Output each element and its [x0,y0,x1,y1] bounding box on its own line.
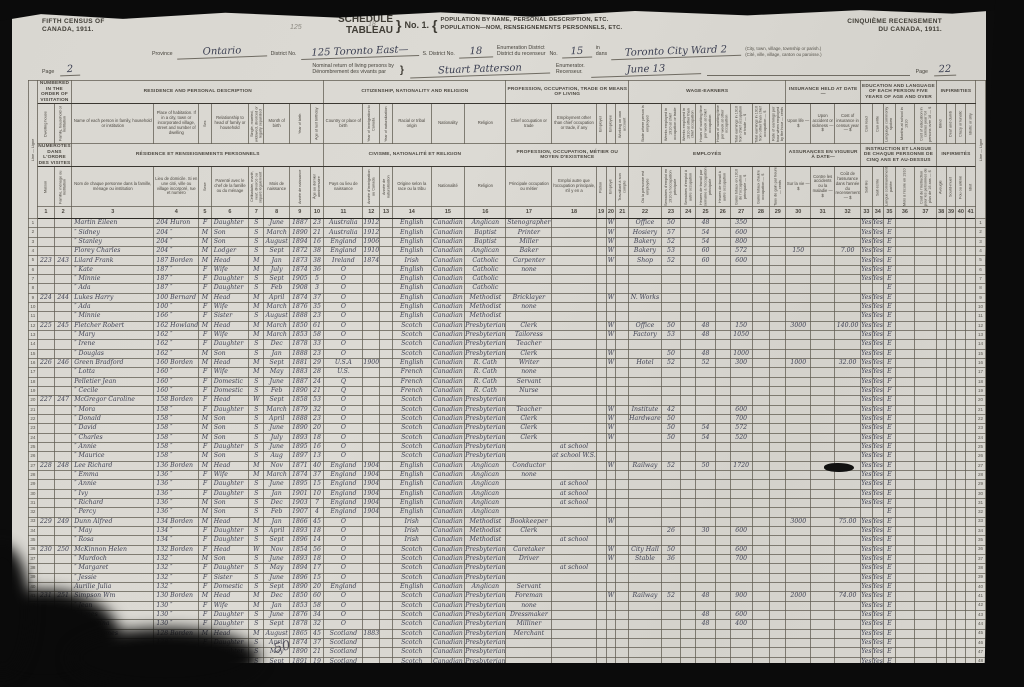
record-cell [616,592,629,601]
column-desc-en: Cost of education in census year for per… [915,104,937,144]
record-cell [811,293,835,302]
record-cell [770,610,786,619]
record-cell: O [324,303,363,312]
record-cell [380,219,393,228]
record-cell: 1720 [730,461,752,470]
line-number: 6 [976,265,986,274]
record-cell: 23 [310,349,324,358]
line-number: 34 [976,526,986,535]
record-cell [956,424,966,433]
record-cell: O [324,312,363,321]
record-cell: 1866 [290,517,311,526]
table-row: 11″ Minnie166 ″FSisterSAugust188823OEngl… [29,312,986,321]
record-cell: 187 ″ [154,284,199,293]
column-desc-fr: Principale occupation ou métier [506,167,552,207]
record-cell [54,554,71,563]
record-cell: Feb [264,508,290,517]
record-cell: Daughter [211,443,249,452]
record-cell [936,582,946,591]
line-number: 1 [976,219,986,228]
record-cell [786,340,811,349]
record-cell [966,526,976,535]
record-cell [786,387,811,396]
record-cell [936,517,946,526]
record-cell: Daughter [211,564,249,573]
column-desc-fr: Nom de chaque personne dans la famille, … [72,167,154,207]
record-cell [770,638,786,647]
record-cell [730,396,752,405]
record-cell: Sister [211,573,249,582]
record-cell [380,545,393,554]
record-cell: Yes [872,554,883,563]
record-cell [54,480,71,489]
record-cell [629,573,662,582]
record-cell [696,498,715,507]
record-cell: 600 [730,405,752,414]
record-cell: Driver [506,554,552,563]
record-cell [956,247,966,256]
record-cell: March [264,321,290,330]
record-cell [946,396,956,405]
record-cell: 1912 [363,219,380,228]
record-cell [681,415,696,424]
record-cell [770,247,786,256]
record-cell [596,228,606,237]
column-number: 33 [861,207,872,219]
record-cell: Yes [872,312,883,321]
record-cell: E [883,359,895,368]
record-cell: O [324,517,363,526]
record-cell: 52 [661,359,680,368]
record-cell: Scotch [392,396,431,405]
record-cell: Canadian [431,601,465,610]
table-row: 39″ Jessie132 ″FSisterSJune189615OScotch… [29,573,986,582]
record-cell [681,405,696,414]
record-cell [596,331,606,340]
record-cell [936,433,946,442]
record-cell: Yes [861,452,872,461]
record-cell: 21 [310,228,324,237]
line-number: 21 [976,405,986,414]
record-cell: English [392,265,431,274]
record-cell: 1893 [290,554,311,563]
census-title-left-line2: CANADA, 1911. [42,26,105,34]
record-cell [54,498,71,507]
table-row: 33229249Dunn Alfred134 BordenMHeadMJan18… [29,517,986,526]
column-number: 37 [915,207,937,219]
record-cell [616,312,629,321]
record-cell [936,359,946,368]
group-header-fr: INSTRUCTION ET LANGUE DE CHAQUE PERSONNE… [861,144,937,167]
record-cell: Q [324,387,363,396]
record-cell [895,443,914,452]
record-cell [811,265,835,274]
record-cell: 1874 [290,265,311,274]
table-row: 23″ David158 ″MSonSJune189020OScotchCana… [29,424,986,433]
record-cell: 1873 [290,256,311,265]
record-cell: 1878 [290,620,311,629]
column-desc-fr: Mois à l'école en 1910 [895,167,914,207]
record-cell [715,489,730,498]
record-cell [770,582,786,591]
record-cell [552,415,596,424]
record-cell [936,415,946,424]
record-cell [936,387,946,396]
record-cell [895,331,914,340]
record-cell [786,396,811,405]
record-cell: Canadian [431,349,465,358]
record-cell [661,480,680,489]
record-cell [895,312,914,321]
record-cell: Yes [861,275,872,284]
record-cell [752,545,770,554]
record-cell [786,303,811,312]
record-cell [730,368,752,377]
record-cell [380,415,393,424]
record-cell [616,303,629,312]
record-cell: 1893 [290,433,311,442]
line-number: 6 [29,265,38,274]
record-cell: Canadian [431,433,465,442]
record-cell: 1910 [363,247,380,256]
record-cell [363,284,380,293]
record-cell: O [324,526,363,535]
record-cell [363,349,380,358]
record-cell [786,424,811,433]
record-cell: M [199,517,211,526]
record-cell [696,582,715,591]
table-row: 2″ Sidney204 ″MSonSMarch189021Australia1… [29,228,986,237]
record-cell [596,424,606,433]
record-cell: E [883,517,895,526]
record-cell [966,648,976,657]
record-cell: W [606,424,616,433]
record-cell [872,508,883,517]
record-cell: Institute [629,405,662,414]
record-cell: 1000 [730,349,752,358]
record-cell: E [883,265,895,274]
ink-blot [824,463,854,472]
record-cell: 800 [730,237,752,246]
line-number: 11 [29,312,38,321]
table-row: 3″ Stanley204 ″MSonSAugust189416England1… [29,237,986,246]
record-cell [681,601,696,610]
record-cell: Railway [629,461,662,470]
line-number: 32 [29,508,38,517]
record-cell [380,275,393,284]
record-cell: Canadian [431,629,465,638]
record-cell: 23 [310,312,324,321]
line-number: 26 [29,452,38,461]
record-cell: Yes [861,564,872,573]
record-cell: Shop [629,256,662,265]
record-cell: Canadian [431,237,465,246]
record-cell: Conductor [506,461,552,470]
record-cell [834,424,860,433]
record-cell: Yes [861,517,872,526]
record-cell: O [324,545,363,554]
record-cell [956,638,966,647]
record-cell [629,582,662,591]
record-cell [715,582,730,591]
record-cell: Methodist [465,312,506,321]
record-cell [834,545,860,554]
record-cell [895,256,914,265]
record-cell [681,284,696,293]
record-cell [946,349,956,358]
record-cell: E [883,554,895,563]
record-cell: M [199,349,211,358]
table-row: 9224244Lukes Harry100 BernardMHeadMApril… [29,293,986,302]
record-cell [956,461,966,470]
scan-smudge [70,628,260,687]
record-cell [552,284,596,293]
record-cell [552,312,596,321]
record-cell: Yes [872,610,883,619]
record-cell [895,377,914,386]
column-desc-fr: Nationalité [431,167,465,207]
record-cell [54,228,71,237]
record-cell: 21 [310,648,324,657]
record-cell [715,340,730,349]
record-cell [715,592,730,601]
record-cell [915,620,937,629]
record-cell: 3000 [786,517,811,526]
record-cell [606,470,616,479]
record-cell [552,377,596,386]
record-cell [596,237,606,246]
record-cell [629,489,662,498]
record-cell: Methodist [465,517,506,526]
record-cell [730,564,752,573]
record-cell [786,601,811,610]
record-cell: 74.00 [834,592,860,601]
record-cell: Printer [506,228,552,237]
record-cell [616,247,629,256]
record-cell: Q [324,377,363,386]
record-cell: S [249,443,264,452]
brace-glyph: } [396,17,401,33]
record-cell [915,396,937,405]
record-cell [770,368,786,377]
record-cell: 50 [661,349,680,358]
record-cell: Yes [872,293,883,302]
record-cell: 1890 [290,424,311,433]
record-cell [596,443,606,452]
line-number: 31 [29,498,38,507]
record-cell: Yes [872,564,883,573]
record-cell: Anglican [465,508,506,517]
record-cell: Yes [861,582,872,591]
record-cell [966,349,976,358]
record-cell [834,331,860,340]
column-desc-fr: Aveugle [936,167,946,207]
record-cell [715,405,730,414]
record-cell [936,498,946,507]
record-cell: 150 [730,321,752,330]
record-cell: English [392,489,431,498]
record-cell [752,648,770,657]
record-cell [552,517,596,526]
record-cell [834,293,860,302]
record-cell: 187 ″ [154,275,199,284]
record-cell [696,517,715,526]
record-cell [956,387,966,396]
record-cell [956,470,966,479]
record-cell [770,359,786,368]
record-cell [37,349,54,358]
record-cell: 36 [661,554,680,563]
record-cell [834,340,860,349]
record-cell: Yes [861,359,872,368]
record-cell [661,648,680,657]
record-cell [770,564,786,573]
record-cell [606,275,616,284]
record-cell [770,237,786,246]
column-desc-fr: Contre les accidents ou la maladie — $ [811,167,835,207]
record-cell: F [199,405,211,414]
record-cell [834,554,860,563]
record-cell: Daughter [211,526,249,535]
record-cell [915,237,937,246]
record-cell [811,629,835,638]
record-cell [834,228,860,237]
record-cell: at school W.S. [552,452,596,461]
record-cell: E [883,256,895,265]
record-cell: 158 ″ [154,433,199,442]
record-cell [661,452,680,461]
record-cell: E [883,638,895,647]
record-cell [956,331,966,340]
record-cell [915,526,937,535]
record-cell: 75.00 [834,517,860,526]
record-cell: E [883,349,895,358]
record-cell: 52 [696,359,715,368]
record-cell [552,265,596,274]
record-cell: Yes [872,582,883,591]
record-cell [770,377,786,386]
record-cell: Daughter [211,284,249,293]
record-cell [752,638,770,647]
record-cell: Yes [861,312,872,321]
record-cell [946,648,956,657]
column-desc-en: Weeks employed in 1910 at other than chi… [681,104,696,144]
record-cell: M [199,433,211,442]
record-cell [552,237,596,246]
column-desc-en: Place of habitation. If in a city, town … [154,104,199,144]
line-number: 42 [976,601,986,610]
record-cell [752,228,770,237]
record-cell: 700 [730,415,752,424]
record-cell [616,405,629,414]
record-cell [696,377,715,386]
record-cell [552,396,596,405]
record-cell [363,405,380,414]
record-cell: Yes [872,331,883,340]
line-number: 22 [29,415,38,424]
record-cell: F [199,219,211,228]
line-number: 13 [29,331,38,340]
record-cell [715,526,730,535]
record-cell [915,321,937,330]
record-cell [37,275,54,284]
record-cell: Anglican [465,219,506,228]
table-row: 41231251Simpson Wm130 BordenMHeadMDec185… [29,592,986,601]
record-cell [786,405,811,414]
line-number: 11 [976,312,986,321]
record-cell [956,275,966,284]
record-cell: Canadian [431,340,465,349]
record-cell: 244 [54,293,71,302]
record-cell: F [199,265,211,274]
record-cell: Presbyterian [465,405,506,414]
record-cell: Yes [872,405,883,414]
record-cell: 1912 [363,228,380,237]
record-cell: 42 [661,405,680,414]
table-row: 15″ Douglas162 ″MSonSJan188823OScotchCan… [29,349,986,358]
column-number: 3 [72,207,154,219]
record-cell: Anglican [465,470,506,479]
column-desc-en: Upon life — $ [786,104,811,144]
line-number: 30 [29,489,38,498]
table-row: 21″ Mora158 ″FDaughterSMarch187932OScotc… [29,405,986,414]
record-cell: 1893 [290,526,311,535]
record-cell [811,648,835,657]
record-cell: 134 ″ [154,526,199,535]
record-cell: 26 [661,526,680,535]
record-cell: 1000 [786,359,811,368]
record-cell [661,312,680,321]
record-cell: England [324,470,363,479]
record-cell [54,415,71,424]
column-desc-en: Deaf and dumb [946,104,956,144]
record-cell [936,256,946,265]
record-cell: Daughter [211,536,249,545]
record-cell: 1881 [290,359,311,368]
record-cell [629,620,662,629]
record-cell [363,340,380,349]
record-cell: 1890 [290,648,311,657]
record-cell [54,536,71,545]
record-cell [506,312,552,321]
record-cell [946,265,956,274]
record-cell [936,405,946,414]
record-cell: W [606,461,616,470]
record-cell: Yes [861,638,872,647]
record-cell: O [324,293,363,302]
record-cell: F [199,312,211,321]
record-cell: E [883,433,895,442]
record-cell: W [606,405,616,414]
record-cell: 4 [310,508,324,517]
column-desc-en: Can write [872,104,883,144]
record-cell: E [883,424,895,433]
record-cell [681,247,696,256]
record-cell: August [264,237,290,246]
column-number: 21 [616,207,629,219]
record-cell [834,377,860,386]
record-cell: Presbyterian [465,573,506,582]
record-cell [946,424,956,433]
record-cell: S [249,340,264,349]
record-cell: 130 ″ [154,601,199,610]
record-cell [363,620,380,629]
record-cell [596,648,606,657]
record-cell [715,256,730,265]
record-cell [956,443,966,452]
record-cell [786,610,811,619]
record-cell [770,284,786,293]
